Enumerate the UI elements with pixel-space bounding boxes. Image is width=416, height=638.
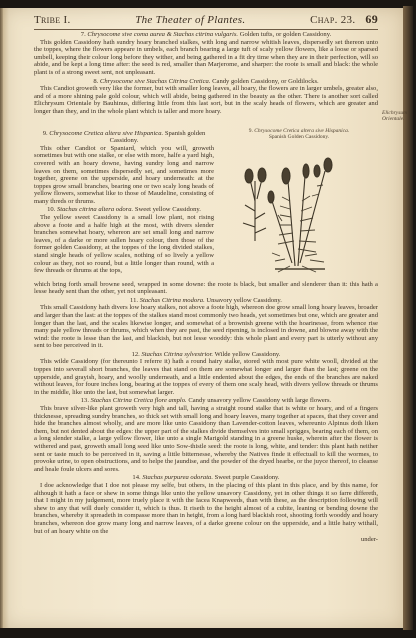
entry-text-11: This small Cassidony hath divers low hoa…: [34, 304, 378, 350]
latin-name: Stachas Citrina sylvestrior.: [141, 351, 213, 358]
entry-heading-7: 7. Chrysocome sive coma aurea & Stachas …: [34, 31, 378, 39]
running-head-tribe: Tribe I.: [34, 14, 71, 26]
entry-heading-14: 14. Stachas purpurea odorata. Sweet purp…: [34, 474, 378, 482]
english-name: Sweet yellow Cassidony.: [135, 206, 201, 213]
page-edge: [403, 6, 413, 630]
page-content: Tribe I. The Theater of Plantes. Chap. 2…: [34, 12, 378, 543]
latin-name: Chrysocome sive coma aurea & Stachas cit…: [87, 31, 238, 38]
catchword: under-: [34, 536, 378, 543]
english-name: Candy golden Cassidony, or Goldilocks.: [212, 78, 319, 85]
entry-heading-9: 9. Chrysocome Cretica altera sive Hispan…: [34, 130, 214, 145]
latin-name: Stachas Citrina Cretica flore amplo.: [91, 397, 187, 404]
entry-text-14: I doe acknowledge that I doe not please …: [34, 482, 378, 535]
figure-section: 9. Chrysocome Cretica altera sive Hispan…: [34, 122, 378, 281]
entry-heading-8: 8. Chrysocome sive Stachas Citrina Creti…: [34, 78, 378, 86]
entry-text-8: This Candiot groweth very like the forme…: [34, 85, 378, 115]
latin-name: Stachas Citrina modora.: [140, 297, 205, 304]
figure-caption: 9. Chrysocome Cretica altera sive Hispan…: [220, 128, 378, 141]
entry-text-10: The yellow sweet Cassidony is a small lo…: [34, 214, 214, 275]
english-name: Candy unsavory yellow Cassidony with lar…: [188, 397, 331, 404]
entry-text-12: This wilde Cassidony (for thereunto I re…: [34, 358, 378, 396]
entry-heading-13: 13. Stachas Citrina Cretica flore amplo.…: [34, 397, 378, 405]
running-head: Tribe I. The Theater of Plantes. Chap. 2…: [34, 12, 378, 30]
entry-heading-12: 12. Stachas Citrina sylvestrior. Wilde y…: [34, 351, 378, 359]
entry-heading-11: 11. Stachas Citrina modora. Unsavory yel…: [34, 297, 378, 305]
latin-name: Chrysocome sive Stachas Citrina Cretica.: [100, 78, 211, 85]
running-head-title: The Theater of Plantes.: [135, 14, 245, 26]
margin-note: Elichrysum Orientale.: [382, 110, 404, 122]
entry-text-9: This other Candiot or Spaniard, which yo…: [34, 145, 214, 206]
latin-name: Stachas citrina altera odora.: [57, 206, 133, 213]
entry-text-7: This golden Cassidony hath sundry hoary …: [34, 39, 378, 77]
entry-text-13: This brave silver-like plant groweth ver…: [34, 405, 378, 473]
english-name: Wilde yellow Cassidony.: [215, 351, 281, 358]
entry-heading-10: 10. Stachas citrina altera odora. Sweet …: [34, 206, 214, 214]
english-name: Sweet purple Cassidony.: [215, 474, 280, 481]
latin-name: Chrysocome Cretica altera sive Hispanica…: [49, 130, 163, 137]
left-column: 9. Chrysocome Cretica altera sive Hispan…: [34, 122, 214, 281]
running-head-chapter: Chap. 23.: [310, 14, 355, 26]
entry-text-10-continued: which bring forth small browne seed, wra…: [34, 281, 378, 296]
plant-woodcut-illustration: [220, 141, 378, 281]
latin-name: Stachas purpurea odorata.: [142, 474, 213, 481]
english-name: Unsavory yellow Cassidony.: [206, 297, 282, 304]
page-number: 69: [365, 12, 378, 27]
english-name: Golden tufts, or golden Cassidony.: [240, 31, 332, 38]
figure: 9. Chrysocome Cretica altera sive Hispan…: [220, 122, 378, 281]
